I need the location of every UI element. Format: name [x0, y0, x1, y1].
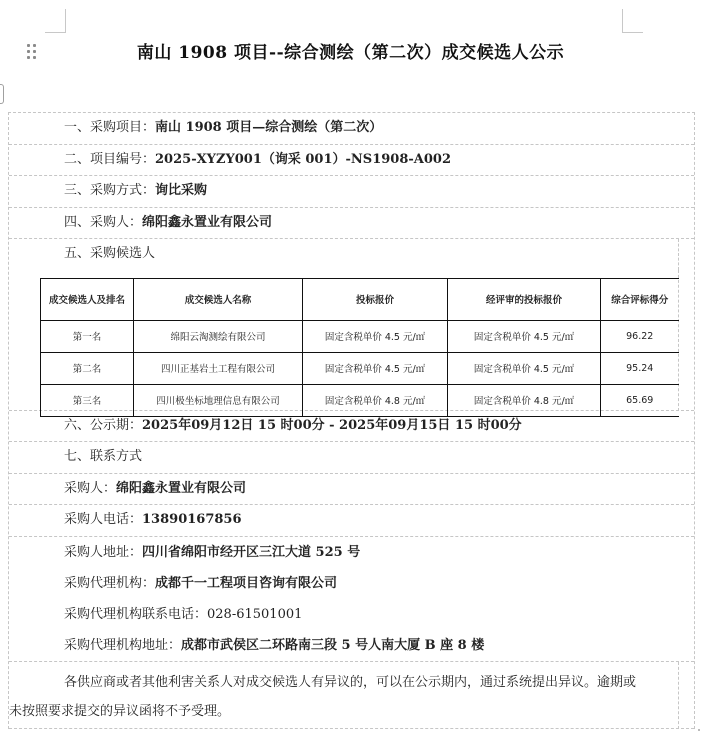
label: 一、采购项目： — [64, 120, 155, 135]
contact-agency: 采购代理机构：成都千一工程项目咨询有限公司 — [9, 568, 694, 599]
page-corner-mark-left — [45, 9, 66, 33]
value: 2025-XYZY001（询采 001）-NS1908-A002 — [155, 152, 451, 167]
cell-score: 96.22 — [601, 320, 679, 352]
value: 成都千一工程项目咨询有限公司 — [155, 576, 337, 591]
inner-cell-border — [678, 239, 679, 270]
label: 六、公示期： — [64, 418, 142, 433]
value: 13890167856 — [142, 512, 242, 527]
label: 采购代理机构地址： — [64, 638, 181, 653]
contact-agency-address: 采购代理机构地址：成都市武侯区二环路南三段 5 号人南大厦 B 座 8 楼 — [9, 630, 694, 661]
column-header-bid: 投标报价 — [303, 278, 448, 320]
page-end-mark — [698, 729, 700, 731]
cell-name: 四川正基岩土工程有限公司 — [134, 352, 303, 384]
inner-cell-border — [678, 662, 679, 729]
candidates-table-container: 成交候选人及排名 成交候选人名称 投标报价 经评审的投标报价 综合评标得分 第一… — [9, 270, 694, 411]
label: 采购人地址： — [64, 545, 142, 560]
value: 询比采购 — [155, 183, 207, 198]
label: 四、采购人： — [64, 215, 142, 230]
column-header-rank: 成交候选人及排名 — [41, 278, 134, 320]
contact-purchaser-address: 采购人地址：四川省绵阳市经开区三江大道 525 号 — [9, 537, 694, 568]
label: 采购人： — [64, 481, 116, 496]
column-header-score: 综合评标得分 — [601, 278, 679, 320]
value: 四川省绵阳市经开区三江大道 525 号 — [142, 545, 360, 560]
cell-reviewed-bid: 固定含税单价 4.5 元/㎡ — [448, 352, 601, 384]
cell-rank: 第二名 — [41, 352, 134, 384]
side-margin-marker — [0, 84, 4, 104]
cell-name: 绵阳云淘测绘有限公司 — [134, 320, 303, 352]
cell-bid: 固定含税单价 4.5 元/㎡ — [303, 320, 448, 352]
column-header-reviewed-bid: 经评审的投标报价 — [448, 278, 601, 320]
value: 成都市武侯区二环路南三段 5 号人南大厦 B 座 8 楼 — [181, 638, 484, 653]
label: 二、项目编号： — [64, 152, 155, 167]
value: 绵阳鑫永置业有限公司 — [142, 215, 272, 230]
document-title: 南山 1908 项目--综合测绘（第二次）成交候选人公示 — [0, 38, 701, 63]
cell-reviewed-bid: 固定含税单价 4.5 元/㎡ — [448, 320, 601, 352]
label: 七、联系方式 — [64, 449, 142, 464]
table-header-row: 成交候选人及排名 成交候选人名称 投标报价 经评审的投标报价 综合评标得分 — [41, 278, 679, 320]
label: 三、采购方式： — [64, 183, 155, 198]
value: 028-61501001 — [207, 607, 302, 622]
cell-rank: 第一名 — [41, 320, 134, 352]
value: 绵阳鑫永置业有限公司 — [116, 481, 246, 496]
table-row: 第一名 绵阳云淘测绘有限公司 固定含税单价 4.5 元/㎡ 固定含税单价 4.5… — [41, 320, 679, 352]
page-corner-mark-right — [622, 9, 643, 33]
cell-bid: 固定含税单价 4.5 元/㎡ — [303, 352, 448, 384]
contact-purchaser-phone: 采购人电话：13890167856 — [9, 505, 694, 537]
announcement-table: 一、采购项目：南山 1908 项目—综合测绘（第二次） 二、项目编号：2025-… — [8, 112, 695, 729]
notice-line-1: 各供应商或者其他利害关系人对成交候选人有异议的，可以在公示期内，通过系统提出异议… — [9, 668, 694, 697]
section-purchaser: 四、采购人：绵阳鑫永置业有限公司 — [9, 208, 694, 240]
label: 采购代理机构联系电话： — [64, 607, 207, 622]
section-publicity-period: 六、公示期：2025年09月12日 15 时00分 - 2025年09月15日 … — [9, 411, 694, 443]
candidates-table: 成交候选人及排名 成交候选人名称 投标报价 经评审的投标报价 综合评标得分 第一… — [40, 278, 679, 417]
section-procurement-method: 三、采购方式：询比采购 — [9, 176, 694, 208]
label: 采购代理机构： — [64, 576, 155, 591]
objection-notice: 各供应商或者其他利害关系人对成交候选人有异议的，可以在公示期内，通过系统提出异议… — [9, 662, 694, 729]
cell-score: 95.24 — [601, 352, 679, 384]
value: 2025年09月12日 15 时00分 - 2025年09月15日 15 时00… — [142, 418, 522, 433]
notice-line-2: 未按照要求提交的异议函将不予受理。 — [9, 697, 694, 726]
table-row: 第二名 四川正基岩土工程有限公司 固定含税单价 4.5 元/㎡ 固定含税单价 4… — [41, 352, 679, 384]
section-contact-heading: 七、联系方式 — [9, 442, 694, 474]
contact-purchaser: 采购人：绵阳鑫永置业有限公司 — [9, 474, 694, 506]
value: 南山 1908 项目—综合测绘（第二次） — [155, 120, 382, 135]
column-header-name: 成交候选人名称 — [134, 278, 303, 320]
section-procurement-project: 一、采购项目：南山 1908 项目—综合测绘（第二次） — [9, 113, 694, 145]
section-project-number: 二、项目编号：2025-XYZY001（询采 001）-NS1908-A002 — [9, 145, 694, 177]
contact-details-block: 采购人地址：四川省绵阳市经开区三江大道 525 号 采购代理机构：成都千一工程项… — [9, 537, 694, 662]
section-candidates-heading: 五、采购候选人 — [9, 239, 694, 270]
label: 五、采购候选人 — [64, 246, 155, 261]
contact-agency-phone: 采购代理机构联系电话：028-61501001 — [9, 599, 694, 630]
label: 采购人电话： — [64, 512, 142, 527]
